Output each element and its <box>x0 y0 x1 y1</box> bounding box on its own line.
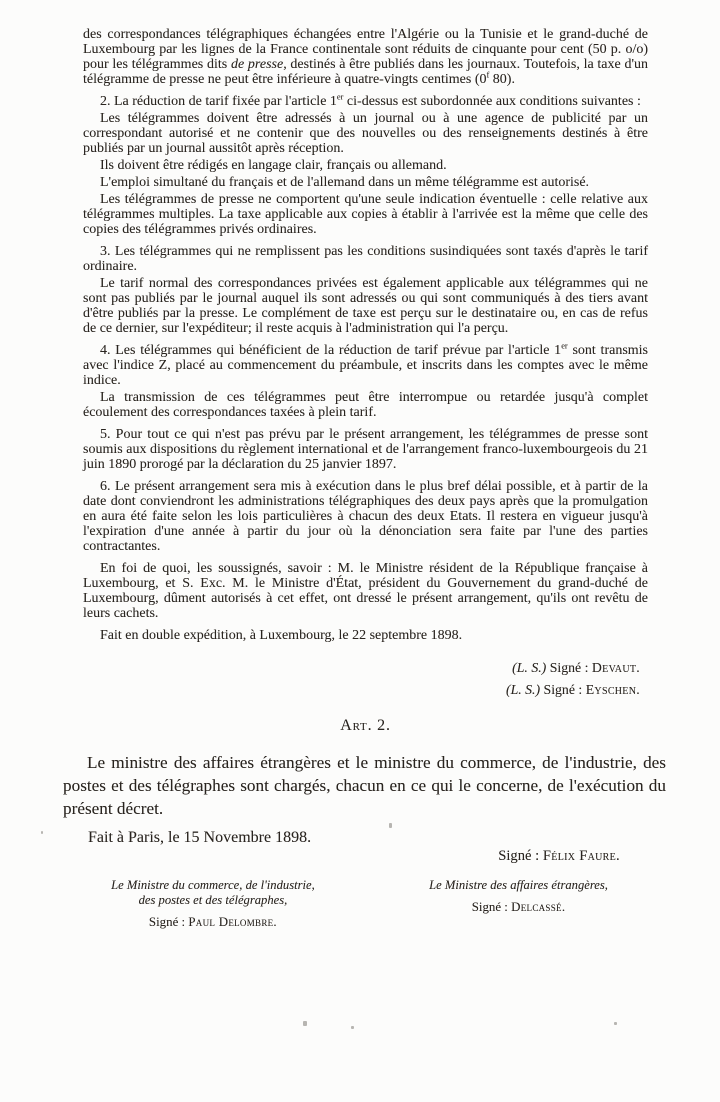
signature-label: Signé : <box>550 660 589 675</box>
paragraph: 2. La réduction de tarif fixée par l'art… <box>83 94 648 109</box>
president-signature: Signé : Félix Faure. <box>83 848 648 865</box>
scan-artifact <box>303 1021 307 1026</box>
paris-dateline: Fait à Paris, le 15 Novembre 1898. <box>83 829 648 847</box>
signatory-name: Eyschen. <box>586 682 640 697</box>
minister-title-line: Le Ministre des affaires étrangères, <box>397 878 640 893</box>
signature-line: (L. S.) Signé : Eyschen. <box>83 679 640 701</box>
paragraph: des correspondances télégraphiques échan… <box>83 27 648 87</box>
signatory-name: Delcassé. <box>511 900 565 914</box>
minister-signature: Signé : Paul Delombre. <box>83 915 343 930</box>
paragraph: 3. Les télégrammes qui ne remplissent pa… <box>83 244 648 274</box>
signature-block: (L. S.) Signé : Devaut. (L. S.) Signé : … <box>83 657 648 701</box>
paragraph: Ils doivent être rédigés en langage clai… <box>83 158 648 173</box>
signatory-name: Paul Delombre. <box>188 915 277 929</box>
minister-signature: Signé : Delcassé. <box>397 900 640 915</box>
minister-commerce: Le Ministre du commerce, de l'industrie,… <box>83 878 343 930</box>
signature-label: Signé : <box>544 682 583 697</box>
minister-title-line: des postes et des télégraphes, <box>83 893 343 908</box>
paragraph: Fait en double expédition, à Luxembourg,… <box>83 628 648 643</box>
scan-artifact <box>351 1026 354 1029</box>
paragraph: La transmission de ces télégrammes peut … <box>83 390 648 420</box>
signature-label: Signé : <box>472 900 508 914</box>
paragraph: Les télégrammes de presse ne comportent … <box>83 192 648 237</box>
paragraph: 5. Pour tout ce qui n'est pas prévu par … <box>83 427 648 472</box>
paragraph: En foi de quoi, les soussignés, savoir :… <box>83 561 648 621</box>
paragraph-list: des correspondances télégraphiques échan… <box>83 27 648 643</box>
paragraph: 6. Le présent arrangement sera mis à exé… <box>83 479 648 554</box>
scan-artifact <box>41 831 43 834</box>
paragraph: Les télégrammes doivent être adressés à … <box>83 111 648 156</box>
ministers-row: Le Ministre du commerce, de l'industrie,… <box>83 878 648 930</box>
paragraph: 4. Les télégrammes qui bénéficient de la… <box>83 343 648 388</box>
seal-mark: (L. S.) <box>512 660 546 675</box>
signatory-name: Devaut. <box>592 660 640 675</box>
minister-title-line: Le Ministre du commerce, de l'industrie, <box>83 878 343 893</box>
seal-mark: (L. S.) <box>506 682 540 697</box>
document-page: des correspondances télégraphiques échan… <box>83 27 648 930</box>
minister-foreign-affairs: Le Ministre des affaires étrangères, Sig… <box>397 878 640 930</box>
paragraph: Le tarif normal des correspondances priv… <box>83 276 648 336</box>
signature-line: (L. S.) Signé : Devaut. <box>83 657 640 679</box>
signature-label: Signé : <box>498 848 539 864</box>
decree-paragraph: Le ministre des affaires étrangères et l… <box>63 751 666 820</box>
signatory-name: Félix Faure. <box>543 848 620 864</box>
article-heading: Art. 2. <box>83 717 648 735</box>
signature-label: Signé : <box>149 915 185 929</box>
scan-artifact <box>389 823 392 828</box>
paragraph: L'emploi simultané du français et de l'a… <box>83 175 648 190</box>
scan-artifact <box>614 1022 617 1025</box>
